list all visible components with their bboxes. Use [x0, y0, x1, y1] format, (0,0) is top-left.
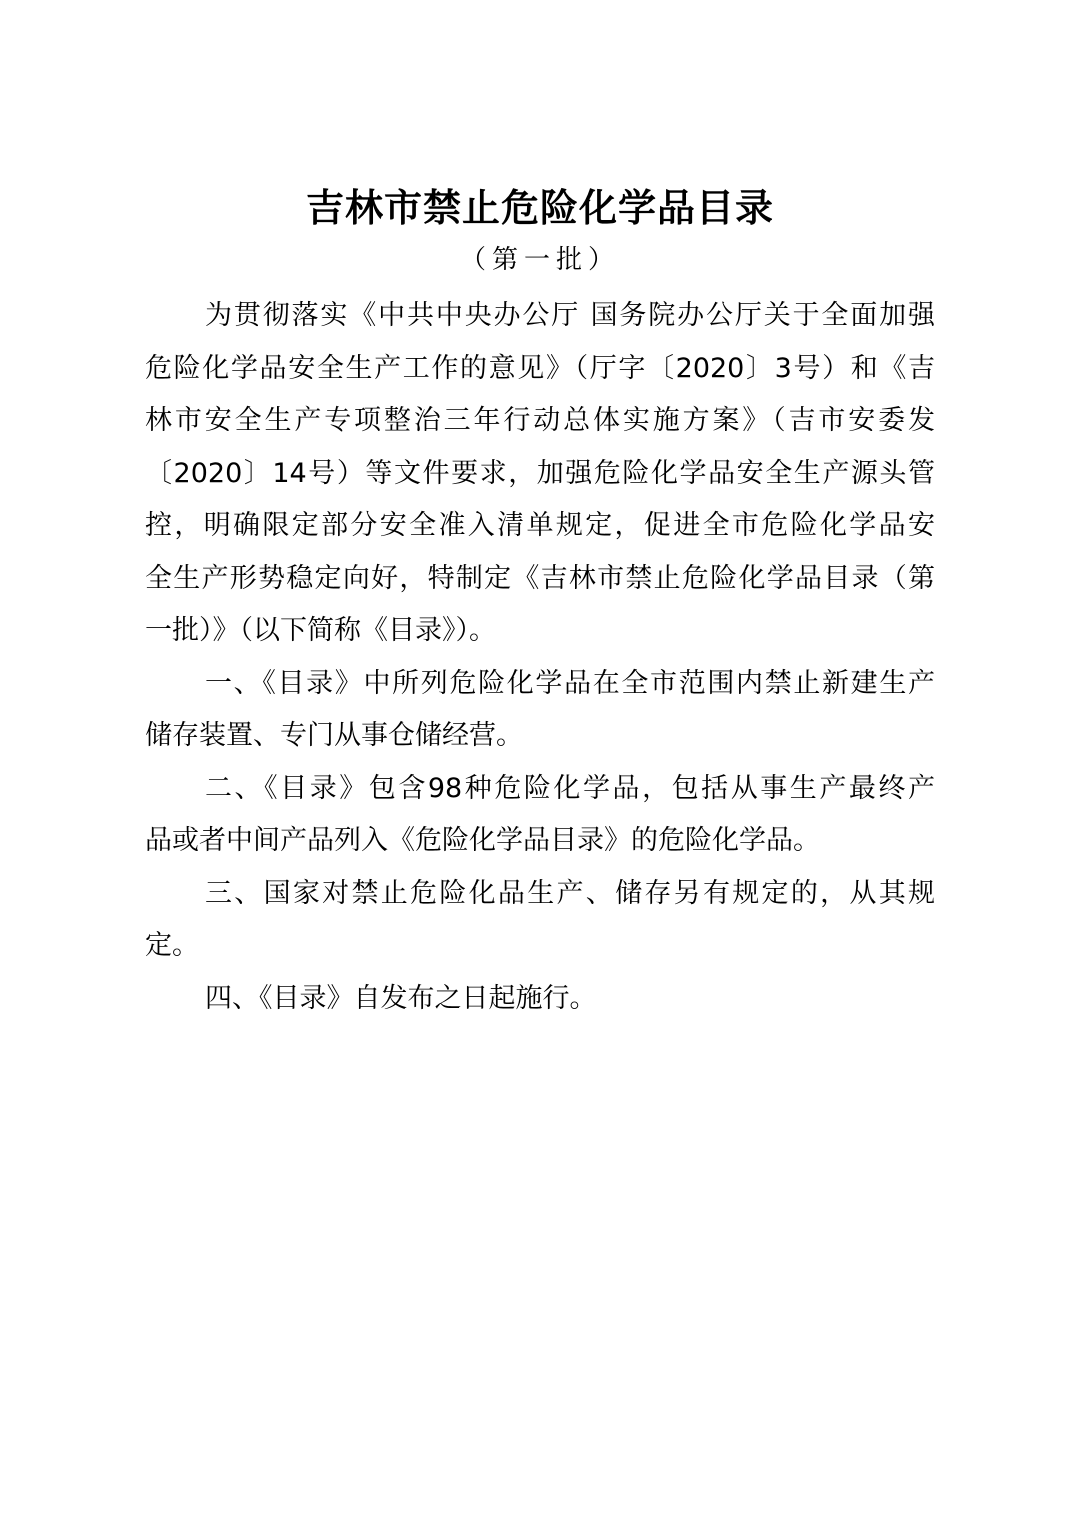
document-subtitle: （第一批） [0, 238, 1080, 282]
text-line: 二、《目录》包含98种危险化学品，包括从事生产最终产 [145, 763, 935, 816]
paragraph-item-1: 一、《目录》中所列危险化学品在全市范围内禁止新建生产 储存装置、专门从事仓储经营… [145, 658, 935, 763]
text-line: 全生产形势稳定向好，特制定《吉林市禁止危险化学品目录（第 [145, 553, 935, 606]
text-line: 危险化学品安全生产工作的意见》（厅字〔2020〕3号）和《吉 [145, 343, 935, 396]
text-line: 储存装置、专门从事仓储经营。 [145, 710, 935, 763]
text-line: 定。 [145, 920, 935, 973]
text-line: 品或者中间产品列入《危险化学品目录》的危险化学品。 [145, 815, 935, 868]
text-line: 一批）》（以下简称《目录》）。 [145, 605, 935, 658]
document-title: 吉林市禁止危险化学品目录 [0, 180, 1080, 236]
document-page: 吉林市禁止危险化学品目录 （第一批） 为贯彻落实《中共中央办公厅 国务院办公厅关… [0, 0, 1080, 1527]
paragraph-item-3: 三、国家对禁止危险化品生产、储存另有规定的，从其规 定。 [145, 868, 935, 973]
document-body: 为贯彻落实《中共中央办公厅 国务院办公厅关于全面加强 危险化学品安全生产工作的意… [145, 290, 935, 1025]
text-line: 一、《目录》中所列危险化学品在全市范围内禁止新建生产 [145, 658, 935, 711]
paragraph-item-4: 四、《目录》自发布之日起施行。 [145, 973, 935, 1026]
paragraph-item-2: 二、《目录》包含98种危险化学品，包括从事生产最终产 品或者中间产品列入《危险化… [145, 763, 935, 868]
text-line: 控，明确限定部分安全准入清单规定，促进全市危险化学品安 [145, 500, 935, 553]
text-line: 三、国家对禁止危险化品生产、储存另有规定的，从其规 [145, 868, 935, 921]
paragraph-intro: 为贯彻落实《中共中央办公厅 国务院办公厅关于全面加强 危险化学品安全生产工作的意… [145, 290, 935, 658]
text-line: 为贯彻落实《中共中央办公厅 国务院办公厅关于全面加强 [145, 290, 935, 343]
text-line: 四、《目录》自发布之日起施行。 [145, 973, 935, 1026]
text-line: 〔2020〕14号）等文件要求，加强危险化学品安全生产源头管 [145, 448, 935, 501]
text-line: 林市安全生产专项整治三年行动总体实施方案》（吉市安委发 [145, 395, 935, 448]
